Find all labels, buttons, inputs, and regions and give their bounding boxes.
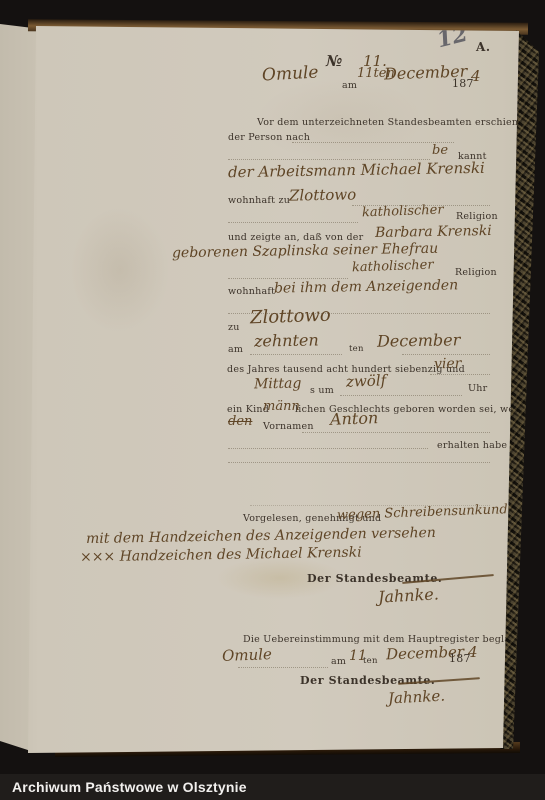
blank-rule: [228, 461, 490, 463]
printed-religion-1: Religion: [456, 211, 498, 222]
registry-place: Omule: [262, 63, 319, 86]
closing-hw-2: mit dem Handzeichen des Anzeigenden vers…: [86, 525, 436, 547]
form-letter: A.: [476, 40, 491, 54]
year-word: vier: [434, 356, 462, 372]
blank-rule: [340, 394, 462, 396]
birth-month: December: [377, 330, 461, 350]
birth-day: zehnten: [254, 330, 319, 350]
blank-rule: [228, 221, 358, 223]
registrar-label-1: Der Standesbeamte.: [307, 572, 442, 585]
certification-place: Omule: [222, 645, 272, 665]
blank-rule: [292, 141, 454, 143]
year-digit: 4: [471, 67, 481, 85]
printed-am-2: am: [228, 344, 243, 355]
archive-name: Archiwum Państwowe w Olsztynie: [12, 779, 247, 795]
mother-name: Barbara Krenski: [375, 223, 492, 241]
register-page: 12 A. № 11. Omule am 11ten December 187 …: [0, 0, 545, 800]
blank-rule: [430, 373, 490, 375]
wohnhaft: wohnhaft: [228, 286, 275, 297]
archive-caption-bar: Archiwum Państwowe w Olsztynie: [0, 774, 545, 800]
printed-ten: ten: [349, 344, 364, 354]
wohnhaft-zu: wohnhaft zu: [228, 195, 290, 206]
blank-rule: [250, 353, 342, 355]
printed-s-um: s um: [310, 385, 334, 396]
blank-rule: [238, 666, 328, 668]
record-number-label: №: [326, 52, 343, 70]
registrar-signature-1: Jahnke.: [378, 584, 440, 606]
declarant-residence: Zlottowo: [289, 185, 357, 204]
hw-be: be: [432, 143, 448, 158]
intro-line: Vor dem unterzeichneten Standesbeamten e…: [257, 117, 545, 128]
blank-rule: [228, 447, 428, 449]
printed-zu: zu: [228, 322, 240, 333]
closing-hw-3: ××× Handzeichen des Michael Krenski: [80, 545, 362, 566]
time-of-day: Mittag: [254, 376, 302, 393]
declarant-religion: katholischer: [362, 203, 444, 221]
birth-place: Zlottowo: [250, 305, 331, 329]
printed-uhr: Uhr: [468, 383, 487, 394]
printed-religion-2: Religion: [455, 267, 497, 278]
erhalten-habe: erhalten habe: [437, 440, 507, 451]
birth-hour: zwölf: [346, 371, 387, 390]
year-digit-2: 4: [468, 643, 478, 661]
book-scan: 12 A. № 11. Omule am 11ten December 187 …: [0, 0, 545, 800]
printed-ten-2: ten: [363, 656, 378, 666]
certification-line: Die Uebereinstimmung mit dem Hauptregist…: [243, 634, 537, 645]
declarant-name: der Arbeitsmann Michael Krenski: [228, 159, 485, 181]
mother-religion: katholischer: [352, 258, 434, 276]
registrar-label-2: Der Standesbeamte.: [300, 674, 435, 687]
child-firstname: Anton: [330, 408, 379, 429]
hw-den: den: [228, 414, 252, 429]
blank-rule: [302, 431, 490, 433]
printed-am: am: [342, 80, 357, 91]
printed-am-3: am: [331, 656, 346, 667]
blank-rule: [402, 353, 490, 355]
registrar-signature-2: Jahnke.: [388, 687, 446, 708]
mother-residence-note: bei ihm dem Anzeigenden: [274, 277, 458, 296]
